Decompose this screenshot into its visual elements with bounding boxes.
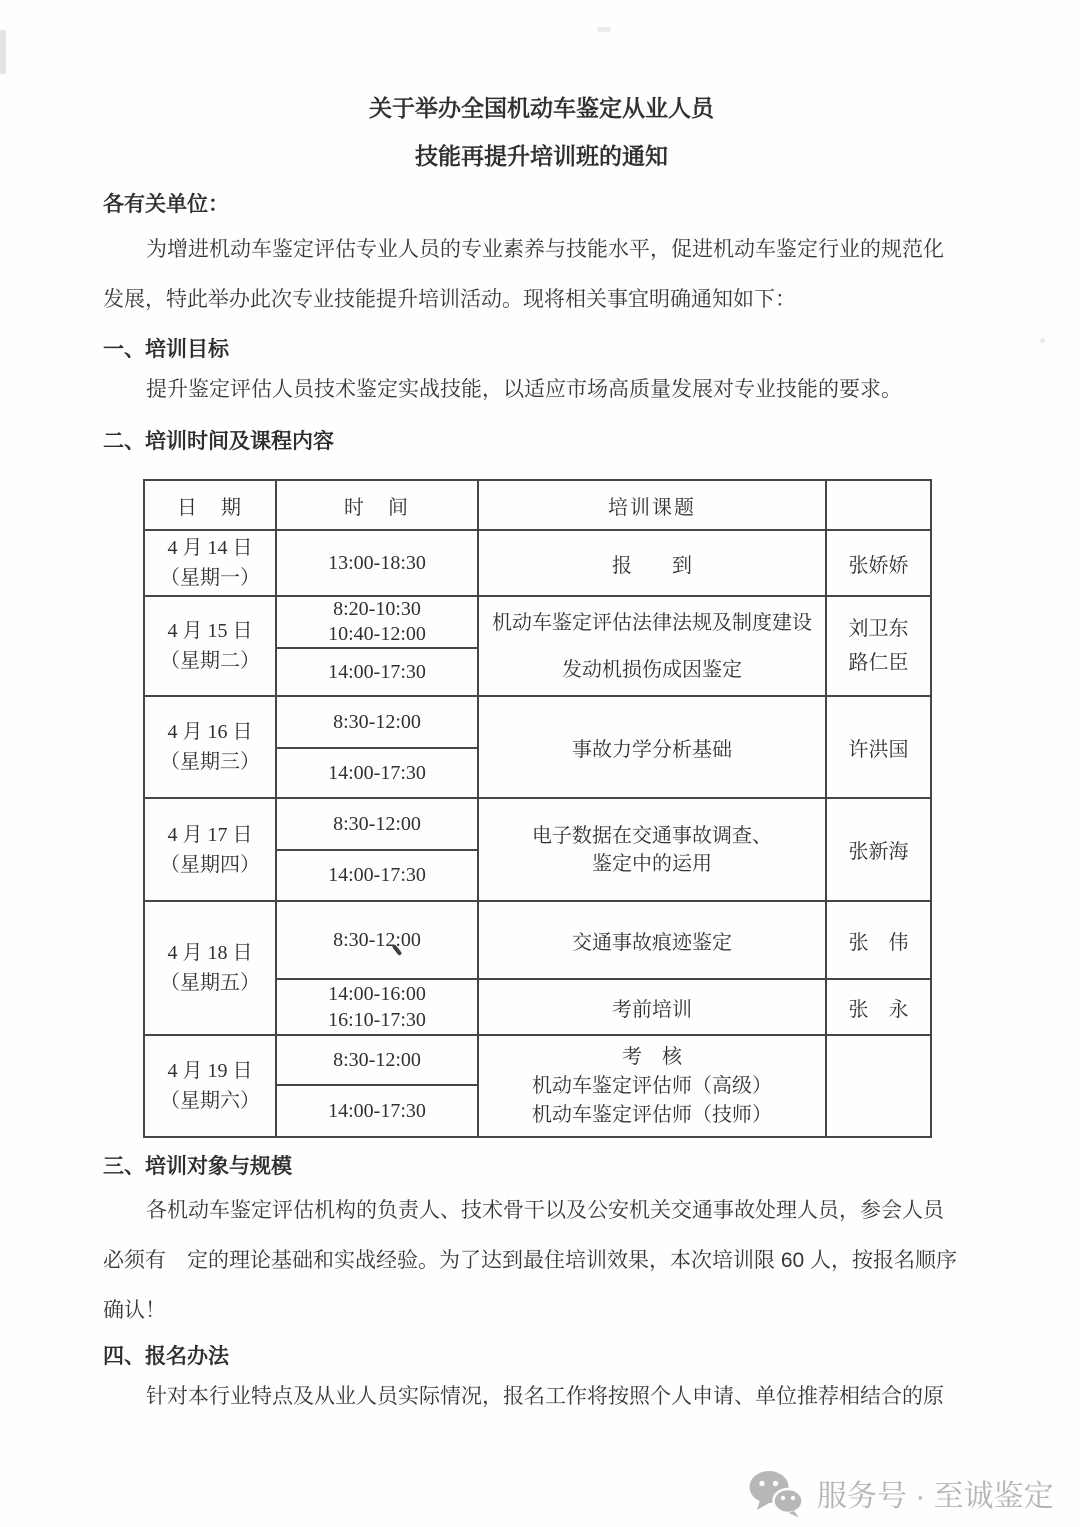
date-line: 4 月 18 日 bbox=[145, 938, 275, 968]
date-line: （星期六） bbox=[145, 1086, 275, 1116]
cell-instructor: 许洪国 bbox=[826, 696, 931, 798]
cell-date: 4 月 15 日 （星期二） bbox=[144, 596, 276, 696]
scan-artifact bbox=[1040, 338, 1045, 343]
cell-date: 4 月 16 日 （星期三） bbox=[144, 696, 276, 798]
scan-artifact bbox=[0, 30, 6, 74]
date-line: （星期一） bbox=[145, 563, 275, 593]
cell-date: 4 月 18 日 （星期五） bbox=[144, 901, 276, 1035]
table-row-apr17: 4 月 17 日 （星期四） 8:30-12:00 电子数据在交通事故调查、 鉴… bbox=[144, 798, 931, 850]
cell-instructor bbox=[826, 1035, 931, 1137]
cell-topic: 报 到 bbox=[478, 530, 826, 596]
section3-heading: 三、培训对象与规模 bbox=[103, 1152, 980, 1182]
cell-time: 8:30-12:00 bbox=[276, 1035, 478, 1085]
table-row-apr14: 4 月 14 日 （星期一） 13:00-18:30 报 到 张娇娇 bbox=[144, 530, 931, 596]
cell-topic: 交通事故痕迹鉴定 bbox=[478, 901, 826, 979]
cell-topic: 事故力学分析基础 bbox=[478, 696, 826, 798]
date-line: （星期二） bbox=[145, 646, 275, 676]
table-row-apr19: 4 月 19 日 （星期六） 8:30-12:00 考 核 机动车鉴定评估师（高… bbox=[144, 1035, 931, 1085]
cell-time: 13:00-18:30 bbox=[276, 530, 478, 596]
cell-instructor: 刘卫东 路仁臣 bbox=[826, 596, 931, 696]
topic-line: 鉴定中的运用 bbox=[479, 850, 825, 878]
intro-paragraph: 为增进机动车鉴定评估专业人员的专业素养与技能水平，促进机动车鉴定行业的规范化 发… bbox=[103, 225, 980, 325]
section3-line: 必须有 定的理论基础和实战经验。为了达到最住培训效果，本次培训限 60 人，按报… bbox=[103, 1236, 980, 1286]
cell-time: 14:00-17:30 bbox=[276, 1085, 478, 1137]
cell-topic: 电子数据在交通事故调查、 鉴定中的运用 bbox=[478, 798, 826, 901]
section4-line: 针对本行业特点及从业人员实际情况，报名工作将按照个人申请、单位推荐相结合的原 bbox=[103, 1372, 980, 1422]
cell-date: 4 月 19 日 （星期六） bbox=[144, 1035, 276, 1137]
section4-heading: 四、报名办法 bbox=[103, 1342, 980, 1372]
cell-instructor: 张 伟 bbox=[826, 901, 931, 979]
notice-document: 关于举办全国机动车鉴定从业人员 技能再提升培训班的通知 各有关单位： 为增进机动… bbox=[103, 0, 980, 1422]
section3-paragraph: 各机动车鉴定评估机构的负责人、技术骨干以及公安机关交通事故处理人员，参会人员 必… bbox=[103, 1186, 980, 1336]
date-line: 4 月 15 日 bbox=[145, 616, 275, 646]
table-header-time: 时 间 bbox=[276, 480, 478, 530]
cell-date: 4 月 14 日 （星期一） bbox=[144, 530, 276, 596]
section1-line: 提升鉴定评估人员技术鉴定实战技能，以适应市场高质量发展对专业技能的要求。 bbox=[103, 365, 980, 415]
instructor-line: 路仁臣 bbox=[827, 646, 930, 680]
time-line: 8:20-10:30 bbox=[277, 597, 477, 622]
time-line: 14:00-16:00 bbox=[277, 981, 477, 1007]
time-line: 10:40-12:00 bbox=[277, 622, 477, 647]
cell-time: 14:00-17:30 bbox=[276, 648, 478, 696]
date-line: （星期三） bbox=[145, 747, 275, 777]
table-header-topic: 培训课题 bbox=[478, 480, 826, 530]
cell-time: 14:00-17:30 bbox=[276, 748, 478, 798]
intro-line: 发展，特此举办此次专业技能提升培训活动。现将相关事宜明确通知如下： bbox=[103, 275, 980, 325]
table-row-apr18: 4 月 18 日 （星期五） 8:30-12:00 交通事故痕迹鉴定 张 伟 bbox=[144, 901, 931, 979]
section4-paragraph: 针对本行业特点及从业人员实际情况，报名工作将按照个人申请、单位推荐相结合的原 bbox=[103, 1372, 980, 1422]
cell-instructor: 张 永 bbox=[826, 979, 931, 1035]
date-line: （星期五） bbox=[145, 968, 275, 998]
doc-title-line2: 技能再提升培训班的通知 bbox=[103, 140, 980, 172]
topic-line: 考 核 bbox=[479, 1043, 825, 1072]
table-row-apr16: 4 月 16 日 （星期三） 8:30-12:00 事故力学分析基础 许洪国 bbox=[144, 696, 931, 748]
training-schedule-table: 日 期 时 间 培训课题 4 月 14 日 （星期一） 13:00-18:30 … bbox=[143, 479, 932, 1138]
wechat-icon bbox=[748, 1470, 804, 1523]
cell-time: 14:00-16:00 16:10-17:30 bbox=[276, 979, 478, 1035]
doc-title-line1: 关于举办全国机动车鉴定从业人员 bbox=[103, 92, 980, 124]
cell-time: 14:00-17:30 bbox=[276, 850, 478, 901]
cell-topic: 机动车鉴定评估法律法规及制度建设 发动机损伤成因鉴定 bbox=[478, 596, 826, 696]
salutation: 各有关单位： bbox=[103, 190, 980, 220]
intro-line: 为增进机动车鉴定评估专业人员的专业素养与技能水平，促进机动车鉴定行业的规范化 bbox=[103, 225, 980, 275]
cell-date: 4 月 17 日 （星期四） bbox=[144, 798, 276, 901]
topic-line: 机动车鉴定评估师（技师） bbox=[479, 1101, 825, 1130]
table-header-extra bbox=[826, 480, 931, 530]
section2-heading: 二、培训时间及课程内容 bbox=[103, 427, 980, 457]
cell-time: 8:20-10:30 10:40-12:00 bbox=[276, 596, 478, 648]
section1-paragraph: 提升鉴定评估人员技术鉴定实战技能，以适应市场高质量发展对专业技能的要求。 bbox=[103, 365, 980, 415]
date-line: 4 月 16 日 bbox=[145, 717, 275, 747]
topic-line: 发动机损伤成因鉴定 bbox=[479, 658, 825, 682]
cell-topic: 考 核 机动车鉴定评估师（高级） 机动车鉴定评估师（技师） bbox=[478, 1035, 826, 1137]
date-line: 4 月 14 日 bbox=[145, 533, 275, 563]
date-line: （星期四） bbox=[145, 850, 275, 880]
instructor-line: 刘卫东 bbox=[827, 612, 930, 646]
time-line: 8:30-12:00 bbox=[277, 925, 477, 955]
table-header-date: 日 期 bbox=[144, 480, 276, 530]
cell-time: 8:30-12:00 bbox=[276, 798, 478, 850]
date-line: 4 月 17 日 bbox=[145, 820, 275, 850]
table-header-row: 日 期 时 间 培训课题 bbox=[144, 480, 931, 530]
section1-heading: 一、培训目标 bbox=[103, 335, 980, 365]
wechat-account-label: 服务号 · 至诚鉴定 bbox=[817, 1474, 1054, 1520]
topic-line: 电子数据在交通事故调查、 bbox=[479, 822, 825, 850]
table-row-apr15: 4 月 15 日 （星期二） 8:20-10:30 10:40-12:00 机动… bbox=[144, 596, 931, 648]
date-line: 4 月 19 日 bbox=[145, 1056, 275, 1086]
topic-stack: 机动车鉴定评估法律法规及制度建设 发动机损伤成因鉴定 bbox=[479, 599, 825, 693]
cell-instructor: 张娇娇 bbox=[826, 530, 931, 596]
cell-time: 8:30-12:00 bbox=[276, 901, 478, 979]
document-page: 关于举办全国机动车鉴定从业人员 技能再提升培训班的通知 各有关单位： 为增进机动… bbox=[0, 0, 1080, 1527]
section3-line: 确认！ bbox=[103, 1286, 980, 1336]
cell-time: 8:30-12:00 bbox=[276, 696, 478, 748]
time-line: 16:10-17:30 bbox=[277, 1007, 477, 1033]
cell-instructor: 张新海 bbox=[826, 798, 931, 901]
cell-topic: 考前培训 bbox=[478, 979, 826, 1035]
wechat-watermark: 服务号 · 至诚鉴定 bbox=[748, 1470, 1054, 1523]
section3-line: 各机动车鉴定评估机构的负责人、技术骨干以及公安机关交通事故处理人员，参会人员 bbox=[103, 1186, 980, 1236]
topic-line: 机动车鉴定评估法律法规及制度建设 bbox=[479, 611, 825, 635]
topic-line: 机动车鉴定评估师（高级） bbox=[479, 1072, 825, 1101]
